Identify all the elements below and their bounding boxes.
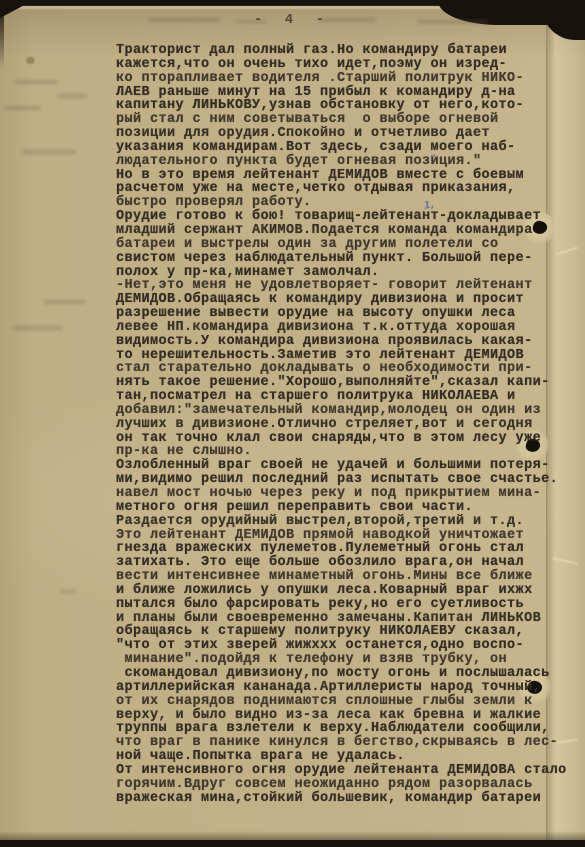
text-line: младший сержант АКИМОВ.Подается команда … (116, 224, 580, 238)
text-line: нять такое решение."Хорошо,выполняйте",с… (116, 376, 580, 390)
text-line: стал старательно докладывать о необходим… (116, 362, 580, 376)
text-line: он так точно клал свои снаряды,что в это… (116, 432, 580, 446)
text-line: метного огня решил переправить свои част… (116, 501, 580, 515)
text-line: пр-ка не слышно. (116, 445, 580, 459)
text-line: горячим.Вдруг совсем неожиданно рядом ра… (116, 778, 580, 792)
bleed-through-smudge (12, 326, 62, 330)
text-line: -Нет,это меня не удовлетворяет- говорит … (116, 279, 580, 293)
text-line: и ближе ложились у опушки леса.Коварный … (116, 584, 580, 598)
text-line: лучших в дивизионе.Отлично стреляет,вот … (116, 418, 580, 432)
text-line: кажется,что он очень тихо идет,поэму он … (116, 58, 580, 72)
text-line: затихать. Это еще больше обозлило врага,… (116, 556, 580, 570)
text-line: Орудие готово к бою! товарищ-лейтенант-д… (116, 210, 580, 224)
text-line: ной чаще.Попытка врага не удалась. (116, 750, 580, 764)
text-line: скомандовал дивизиону,по мосту огонь и п… (116, 667, 580, 681)
text-line: ко пторапливает водителя .Старший политр… (116, 72, 580, 86)
text-line: пытался было фарсировать реку,но его суе… (116, 598, 580, 612)
text-line: Но в это время лейтенант ДЕМИДОВ вместе … (116, 169, 580, 183)
text-line: ДЕМИДОВ.Обращаясь к командиру дивизиона … (116, 293, 580, 307)
text-line: артиллерийская кананада.Артиллеристы нар… (116, 681, 580, 695)
bleed-through-smudge (44, 300, 86, 304)
pen-mark-number: 1, (423, 200, 435, 212)
text-line: Это лейтенант ДЕМИДОВ прямой наводкой ун… (116, 529, 580, 543)
bleed-through-smudge (60, 590, 76, 593)
bleed-through-smudge (58, 94, 88, 98)
text-line: вести интенсивнее минаметный огонь.Мины … (116, 570, 580, 584)
text-line: от их снарядов поднимаются сплошные глыб… (116, 695, 580, 709)
text-line: что враг в панике кинулся в бегство,скры… (116, 736, 580, 750)
text-line: Тракторист дал полный газ.Но командиру б… (116, 44, 580, 58)
text-line: свистом через наблюдательный пункт. Боль… (116, 252, 580, 266)
scan-edge-left (0, 0, 4, 70)
scanned-document-page: - 4 - Тракторист дал полный газ.Но коман… (0, 0, 585, 847)
text-line: людательного пункта будет огневая позици… (116, 155, 580, 169)
text-line: Раздается орудийный выстрел,второй,трети… (116, 515, 580, 529)
page-number: - 4 - (0, 12, 585, 28)
text-line: ми,видимо решил последний раз испытать с… (116, 473, 580, 487)
text-line: минание".подойдя к телефону и взяв трубк… (116, 653, 580, 667)
scan-edge-bottom (0, 840, 585, 847)
paper-stain (26, 57, 35, 64)
text-line: позиции для орудия.Спокойно и отчетливо … (116, 127, 580, 141)
text-line: вражеская мина,стойкий большевик, команд… (116, 792, 580, 806)
text-line: От интенсивного огня орудие лейтенанта Д… (116, 764, 580, 778)
text-line: левее НП.командира дивизиона т.к.оттуда … (116, 321, 580, 335)
text-line: добавил:"замечательный командир,молодец … (116, 404, 580, 418)
text-line: верху, и было видно из-за леса как бревн… (116, 709, 580, 723)
bleed-through-smudge (4, 106, 40, 110)
typewritten-text-block: Тракторист дал полный газ.Но командиру б… (116, 44, 580, 805)
text-line: тан,посматрел на старшего политрука НИКО… (116, 390, 580, 404)
bleed-through-smudge (22, 150, 76, 154)
text-line: разрешение вывести орудие на высоту опуш… (116, 307, 580, 321)
text-line: навел мост ночью через реку и под прикры… (116, 487, 580, 501)
text-line: батареи и выстрелы один за другим полете… (116, 238, 580, 252)
text-line: указания командирам.Вот здесь, сзади мое… (116, 141, 580, 155)
text-line: видимость.У командира дивизиона проявила… (116, 335, 580, 349)
bleed-through-smudge (14, 80, 58, 84)
text-line: и планы были своевременно замечаны.Капит… (116, 612, 580, 626)
text-line: рый стал с ним советываться о выборе огн… (116, 113, 580, 127)
paper-bottom-shadow (0, 831, 585, 840)
text-line: быстро проверял работу. (116, 196, 580, 210)
